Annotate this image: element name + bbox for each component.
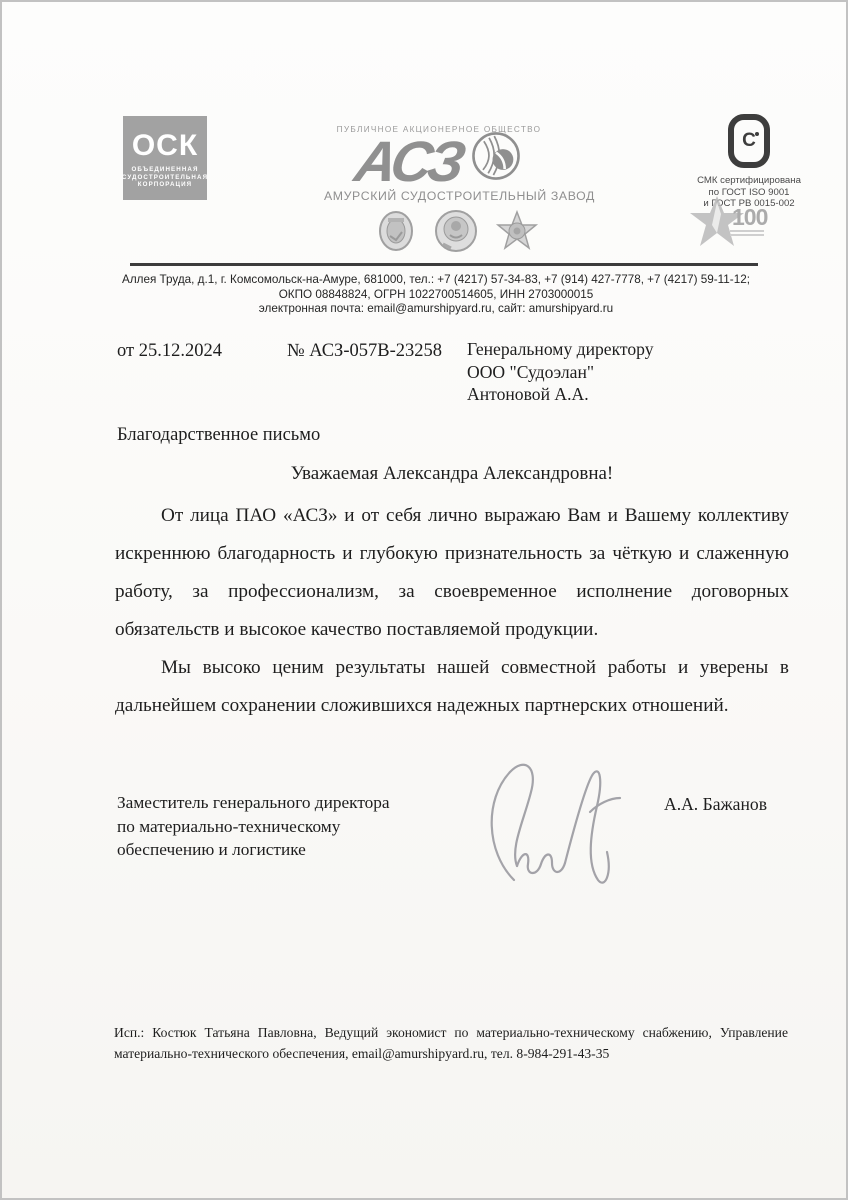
contact-line-registration: ОКПО 08848824, ОГРН 1022700514605, ИНН 2… bbox=[106, 288, 766, 303]
executor-line: Исп.: Костюк Татьяна Павловна, Ведущий э… bbox=[114, 1022, 788, 1043]
executor-footer: Исп.: Костюк Татьяна Павловна, Ведущий э… bbox=[114, 1022, 788, 1064]
signer-name: А.А. Бажанов bbox=[664, 794, 767, 815]
certification-mark-icon: С bbox=[728, 114, 770, 168]
osk-sub-line: КОРПОРАЦИЯ bbox=[122, 181, 208, 189]
certification-mark-letter: С bbox=[742, 130, 756, 152]
executor-line: материально-технического обеспечения, em… bbox=[114, 1043, 788, 1064]
osk-logo-subtitle: ОБЪЕДИНЕННАЯ СУДОСТРОИТЕЛЬНАЯ КОРПОРАЦИЯ bbox=[122, 166, 208, 189]
document-type-label: Благодарственное письмо bbox=[117, 425, 320, 446]
body-paragraph: Мы высоко ценим результаты нашей совмест… bbox=[115, 649, 789, 725]
osk-sub-line: СУДОСТРОИТЕЛЬНАЯ bbox=[122, 174, 208, 182]
osk-sub-line: ОБЪЕДИНЕННАЯ bbox=[122, 166, 208, 174]
asz-logo-abbr: АСЗ bbox=[351, 135, 466, 189]
anniversary-small-text-lines bbox=[730, 230, 764, 238]
certification-line: СМК сертифицирована bbox=[674, 175, 824, 187]
order-oval-medal-icon bbox=[375, 209, 417, 258]
medals-row bbox=[375, 208, 539, 259]
anniversary-number: 100 bbox=[732, 204, 767, 231]
letter-number: № АСЗ-057В-23258 bbox=[287, 341, 442, 362]
salutation: Уважаемая Александра Александровна! bbox=[115, 463, 789, 485]
recipient-block: Генеральному директору ООО "Судоэлан" Ан… bbox=[467, 338, 654, 406]
order-star-medal-icon bbox=[495, 209, 539, 258]
asz-globe-icon bbox=[470, 130, 522, 187]
anniversary-100-emblem: 100 bbox=[688, 194, 764, 255]
scanned-letter-page: ОСК ОБЪЕДИНЕННАЯ СУДОСТРОИТЕЛЬНАЯ КОРПОР… bbox=[0, 0, 848, 1200]
recipient-title: Генеральному директору bbox=[467, 338, 654, 361]
signer-position-line: по материально-техническому bbox=[117, 815, 390, 839]
recipient-company: ООО "Судоэлан" bbox=[467, 361, 654, 384]
asz-logo: ПУБЛИЧНОЕ АКЦИОНЕРНОЕ ОБЩЕСТВО АСЗ АМУРС… bbox=[324, 125, 554, 203]
header-separator-line bbox=[130, 263, 758, 266]
signer-position: Заместитель генерального директора по ма… bbox=[117, 791, 390, 862]
body-paragraph: От лица ПАО «АСЗ» и от себя лично выража… bbox=[115, 497, 789, 649]
handwritten-signature bbox=[470, 752, 640, 902]
letter-date: от 25.12.2024 bbox=[117, 341, 222, 362]
recipient-name: Антоновой А.А. bbox=[467, 383, 654, 406]
contact-line-email: электронная почта: email@amurshipyard.ru… bbox=[106, 302, 766, 317]
certification-mark-dot bbox=[755, 132, 759, 136]
osk-logo-abbr: ОСК bbox=[132, 131, 198, 161]
signer-position-line: обеспечению и логистике bbox=[117, 838, 390, 862]
contact-line-address: Аллея Труда, д.1, г. Комсомольск-на-Амур… bbox=[106, 273, 766, 288]
signer-position-line: Заместитель генерального директора bbox=[117, 791, 390, 815]
asz-logo-row: АСЗ bbox=[324, 135, 554, 189]
order-round-medal-icon bbox=[433, 208, 479, 259]
osk-logo: ОСК ОБЪЕДИНЕННАЯ СУДОСТРОИТЕЛЬНАЯ КОРПОР… bbox=[123, 116, 207, 200]
letter-body: Уважаемая Александра Александровна! От л… bbox=[115, 463, 789, 725]
letterhead-contacts: Аллея Труда, д.1, г. Комсомольск-на-Амур… bbox=[106, 273, 766, 317]
